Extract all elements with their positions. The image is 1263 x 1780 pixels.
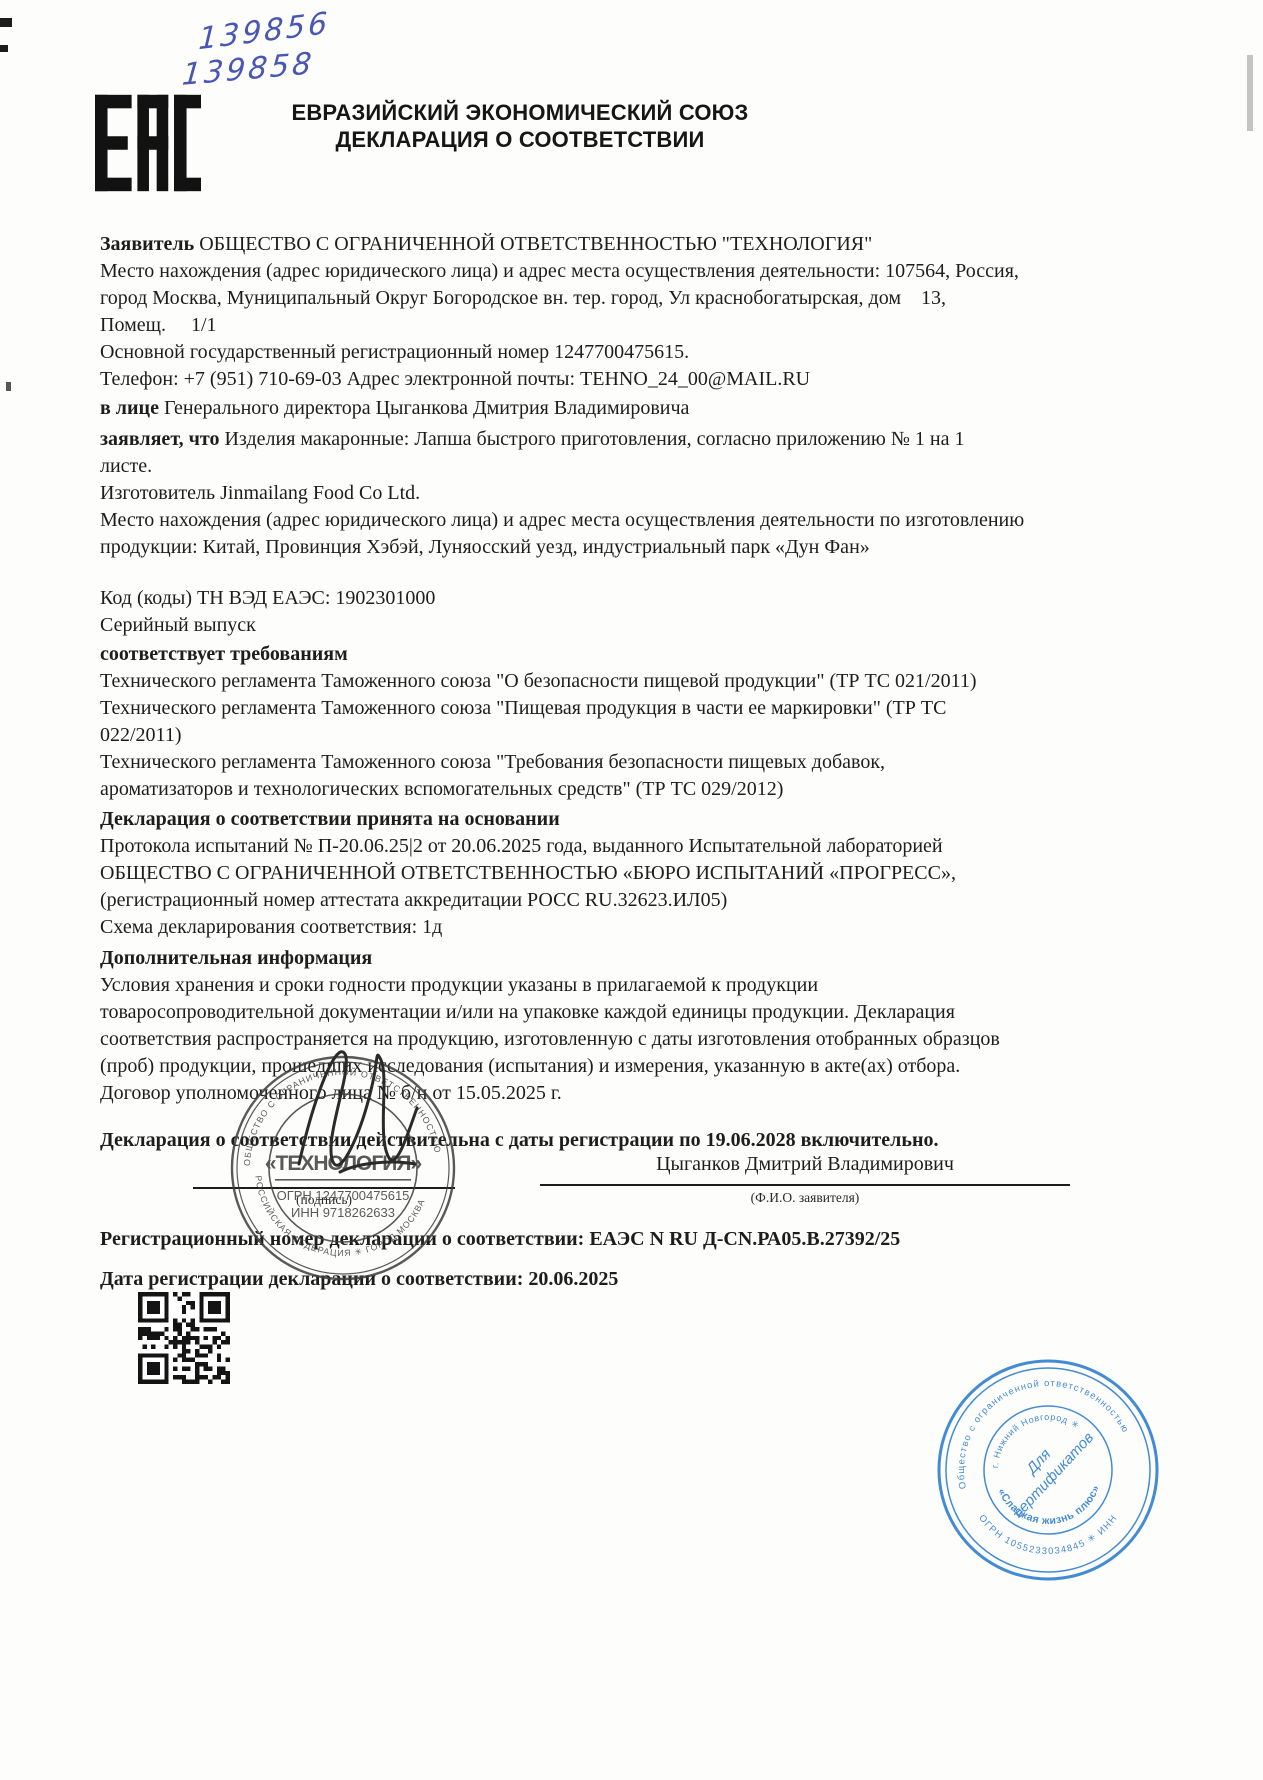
requirements-heading: соответствует требованиям <box>100 641 1166 668</box>
document-body: Заявитель ОБЩЕСТВО С ОГРАНИЧЕННОЙ ОТВЕТС… <box>100 231 1166 1174</box>
applicant-paragraph: Заявитель ОБЩЕСТВО С ОГРАНИЧЕННОЙ ОТВЕТС… <box>100 231 1166 258</box>
eac-logo <box>95 93 201 193</box>
black-stamp-inn: ИНН 9718262633 <box>291 1205 395 1220</box>
title-line-declaration: ДЕКЛАРАЦИЯ О СООТВЕТСТВИИ <box>240 126 800 153</box>
applicant-value: ОБЩЕСТВО С ОГРАНИЧЕННОЙ ОТВЕТСТВЕННОСТЬЮ… <box>199 233 872 255</box>
represented-by-paragraph: в лице Генерального директора Цыганкова … <box>100 395 1166 422</box>
regulations-paragraph: Технического регламента Таможенного союз… <box>100 668 1166 803</box>
applicant-signatory-name: Цыганков Дмитрий Владимирович <box>540 1153 1070 1176</box>
declaration-document-page: 139856 139858 ЕВРАЗИЙСКИЙ ЭКОНОМИЧЕСКИЙ … <box>0 0 1263 1780</box>
basis-heading: Декларация о соответствии принята на осн… <box>100 806 1166 833</box>
scan-artifact <box>6 382 11 391</box>
document-title: ЕВРАЗИЙСКИЙ ЭКОНОМИЧЕСКИЙ СОЮЗ ДЕКЛАРАЦИ… <box>240 99 800 153</box>
fio-line <box>540 1184 1070 1186</box>
spacer <box>100 561 1166 585</box>
scan-artifact <box>0 45 8 52</box>
additional-info-heading: Дополнительная информация <box>100 945 1166 972</box>
applicant-address-paragraph: Место нахождения (адрес юридического лиц… <box>100 258 1166 393</box>
basis-paragraph: Протокола испытаний № П-20.06.25|2 от 20… <box>100 833 1166 941</box>
declares-value: Изделия макаронные: Лапша быстрого приго… <box>100 428 1024 558</box>
applicant-label: Заявитель <box>100 233 199 255</box>
tnved-code-paragraph: Код (коды) ТН ВЭД ЕАЭС: 1902301000 Серий… <box>100 585 1166 639</box>
fio-caption: (Ф.И.О. заявителя) <box>540 1190 1070 1206</box>
represented-by-label: в лице <box>100 397 164 419</box>
declares-label: заявляет, что <box>100 428 224 450</box>
certification-stamp-sladkaya-zhizn: Общество с ограниченной ответственностью… <box>930 1352 1166 1588</box>
handwritten-signature <box>285 1012 445 1187</box>
title-line-union: ЕВРАЗИЙСКИЙ ЭКОНОМИЧЕСКИЙ СОЮЗ <box>240 99 800 126</box>
scan-artifact <box>1247 55 1253 131</box>
qr-code <box>138 1292 230 1384</box>
scan-artifact <box>0 18 12 27</box>
represented-by-value: Генерального директора Цыганкова Дмитрия… <box>164 397 689 419</box>
declares-paragraph: заявляет, что Изделия макаронные: Лапша … <box>100 426 1166 561</box>
black-stamp-ogrn: ОГРН 1247700475615 <box>277 1188 410 1203</box>
